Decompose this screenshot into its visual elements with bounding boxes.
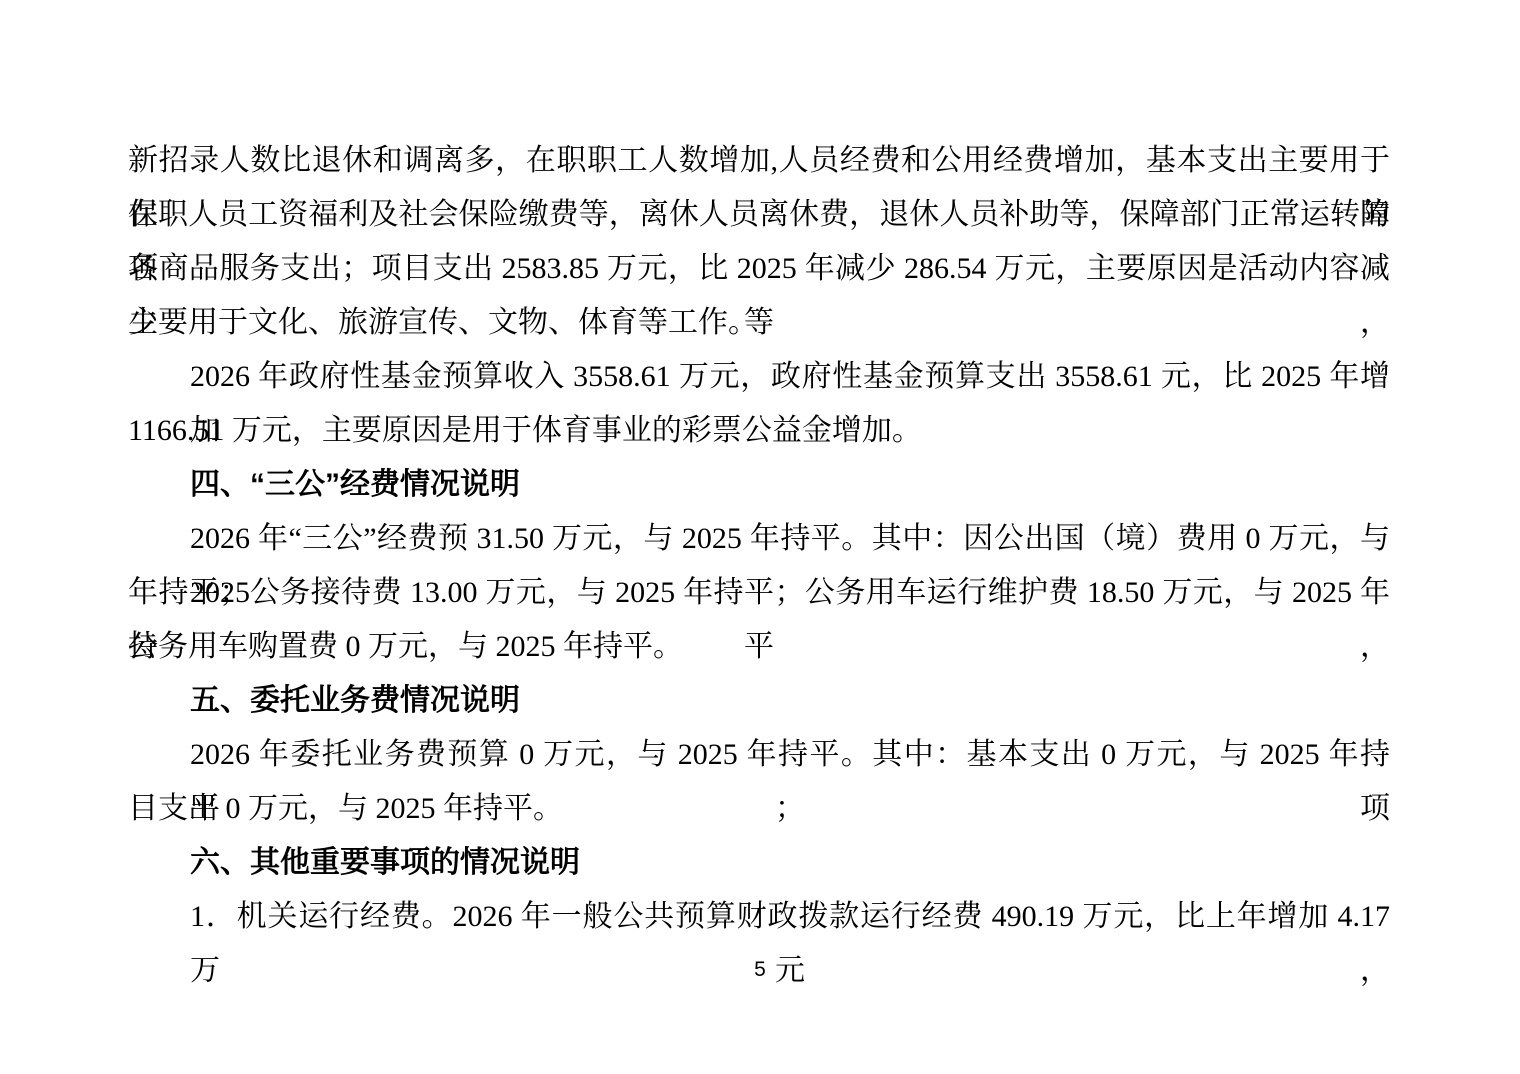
text-line: 2026 年政府性基金预算收入 3558.61 万元，政府性基金预算支出 355…	[128, 350, 1390, 404]
document-page: 新招录人数比退休和调离多，在职职工人数增加,人员经费和公用经费增加，基本支出主要…	[0, 0, 1520, 1074]
section-heading: 四、“三公”经费情况说明	[128, 458, 1390, 512]
text-line: 2026 年委托业务费预算 0 万元，与 2025 年持平。其中：基本支出 0 …	[128, 728, 1390, 782]
page-number: 5	[0, 956, 1520, 984]
section-heading: 五、委托业务费情况说明	[128, 674, 1390, 728]
text-line: 项商品服务支出；项目支出 2583.85 万元，比 2025 年减少 286.5…	[128, 242, 1390, 296]
document-body: 新招录人数比退休和调离多，在职职工人数增加,人员经费和公用经费增加，基本支出主要…	[128, 134, 1390, 944]
text-line: 1．机关运行经费。2026 年一般公共预算财政拨款运行经费 490.19 万元，…	[128, 890, 1390, 944]
text-line: 2026 年“三公”经费预 31.50 万元，与 2025 年持平。其中：因公出…	[128, 512, 1390, 566]
text-line: 在职人员工资福利及社会保险缴费等，离休人员离休费，退休人员补助等，保障部门正常运…	[128, 188, 1390, 242]
text-line: 1166.51 万元，主要原因是用于体育事业的彩票公益金增加。	[128, 404, 1390, 458]
text-line: 新招录人数比退休和调离多，在职职工人数增加,人员经费和公用经费增加，基本支出主要…	[128, 134, 1390, 188]
text-line: 年持平；公务接待费 13.00 万元，与 2025 年持平；公务用车运行维护费 …	[128, 566, 1390, 620]
section-heading: 六、其他重要事项的情况说明	[128, 836, 1390, 890]
